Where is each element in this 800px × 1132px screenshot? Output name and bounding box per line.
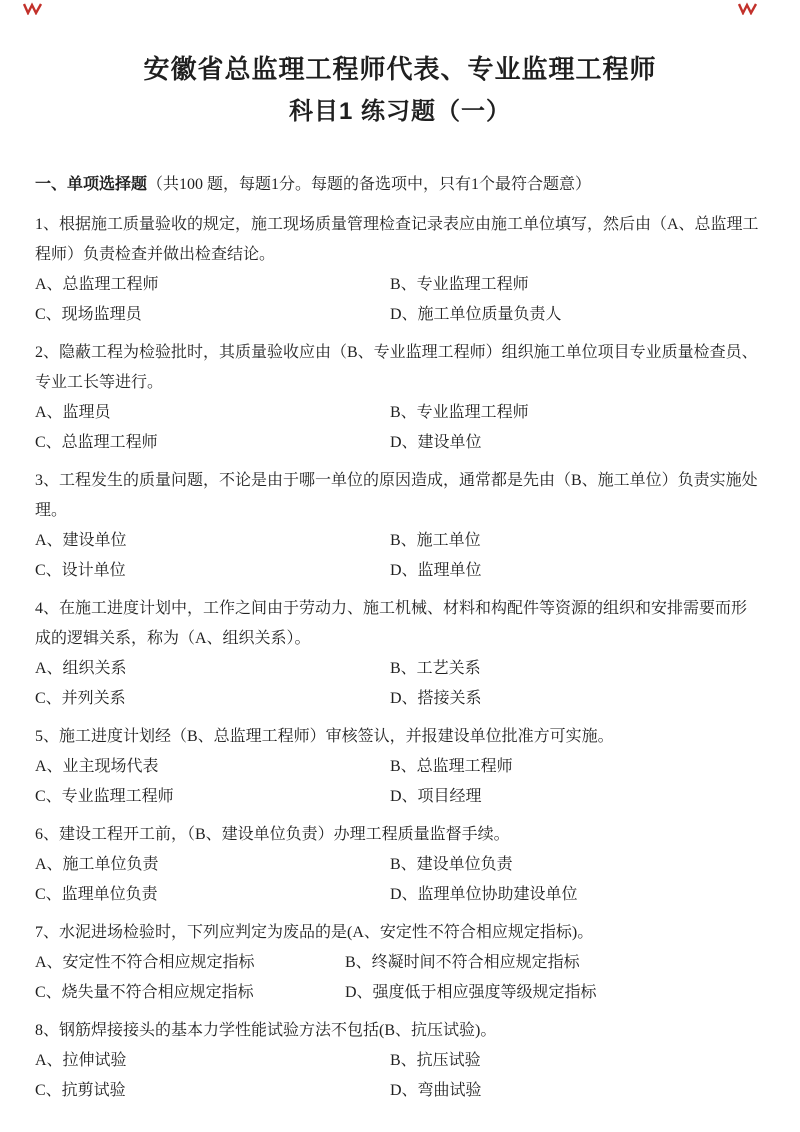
question-5-stem-line-1: 5、施工进度计划经（B、总监理工程师）审核签认，并报建设单位批准方可实施。 bbox=[35, 722, 765, 752]
question-8-options: A、拉伸试验 B、抗压试验 C、抗剪试验 D、弯曲试验 bbox=[35, 1046, 765, 1106]
question-2-stem-line-2: 专业工长等进行。 bbox=[35, 368, 765, 398]
option-c: C、总监理工程师 bbox=[35, 428, 390, 458]
question-6: 6、建设工程开工前，（B、建设单位负责）办理工程质量监督手续。 A、施工单位负责… bbox=[35, 820, 765, 910]
question-1-stem-line-1: 1、根据施工质量验收的规定，施工现场质量管理检查记录表应由施工单位填写，然后由（… bbox=[35, 210, 765, 240]
section-note: （共100 题，每题1分。每题的备选项中，只有1个最符合题意） bbox=[147, 176, 591, 193]
option-d: D、建设单位 bbox=[390, 428, 765, 458]
question-2-stem-line-1: 2、隐蔽工程为检验批时，其质量验收应由（B、专业监理工程师）组织施工单位项目专业… bbox=[35, 338, 765, 368]
option-d: D、项目经理 bbox=[390, 782, 765, 812]
option-a: A、建设单位 bbox=[35, 526, 390, 556]
option-a: A、总监理工程师 bbox=[35, 270, 390, 300]
question-7: 7、水泥进场检验时，下列应判定为废品的是(A、安定性不符合相应规定指标)。 A、… bbox=[35, 918, 765, 1008]
option-b: B、专业监理工程师 bbox=[390, 270, 765, 300]
option-b: B、工艺关系 bbox=[390, 654, 765, 684]
option-b: B、建设单位负责 bbox=[390, 850, 765, 880]
question-6-options: A、施工单位负责 B、建设单位负责 C、监理单位负责 D、监理单位协助建设单位 bbox=[35, 850, 765, 910]
question-3-stem-line-2: 理。 bbox=[35, 496, 765, 526]
question-7-stem-line-1: 7、水泥进场检验时，下列应判定为废品的是(A、安定性不符合相应规定指标)。 bbox=[35, 918, 765, 948]
option-d: D、搭接关系 bbox=[390, 684, 765, 714]
red-corner-mark-left bbox=[23, 2, 43, 15]
option-d: D、监理单位 bbox=[390, 556, 765, 586]
question-1-stem-line-2: 程师）负责检查并做出检查结论。 bbox=[35, 240, 765, 270]
question-4-options: A、组织关系 B、工艺关系 C、并列关系 D、搭接关系 bbox=[35, 654, 765, 714]
option-b: B、专业监理工程师 bbox=[390, 398, 765, 428]
question-1: 1、根据施工质量验收的规定，施工现场质量管理检查记录表应由施工单位填写，然后由（… bbox=[35, 210, 765, 330]
option-d: D、监理单位协助建设单位 bbox=[390, 880, 765, 910]
option-b: B、抗压试验 bbox=[390, 1046, 765, 1076]
option-a: A、组织关系 bbox=[35, 654, 390, 684]
question-8-stem-line-1: 8、钢筋焊接接头的基本力学性能试验方法不包括(B、抗压试验)。 bbox=[35, 1016, 765, 1046]
option-c: C、烧失量不符合相应规定指标 bbox=[35, 978, 345, 1008]
question-8: 8、钢筋焊接接头的基本力学性能试验方法不包括(B、抗压试验)。 A、拉伸试验 B… bbox=[35, 1016, 765, 1106]
option-c: C、专业监理工程师 bbox=[35, 782, 390, 812]
document-title: 安徽省总监理工程师代表、专业监理工程师 科目1 练习题（一） bbox=[35, 0, 765, 128]
question-3-stem-line-1: 3、工程发生的质量问题，不论是由于哪一单位的原因造成，通常都是先由（B、施工单位… bbox=[35, 466, 765, 496]
title-line-1: 安徽省总监理工程师代表、专业监理工程师 bbox=[35, 52, 765, 86]
option-a: A、安定性不符合相应规定指标 bbox=[35, 948, 345, 978]
option-c: C、监理单位负责 bbox=[35, 880, 390, 910]
option-c: C、设计单位 bbox=[35, 556, 390, 586]
question-5: 5、施工进度计划经（B、总监理工程师）审核签认，并报建设单位批准方可实施。 A、… bbox=[35, 722, 765, 812]
option-a: A、业主现场代表 bbox=[35, 752, 390, 782]
option-d: D、强度低于相应强度等级规定指标 bbox=[345, 978, 765, 1008]
section-header: 一、单项选择题（共100 题，每题1分。每题的备选项中，只有1个最符合题意） bbox=[35, 174, 765, 196]
option-a: A、监理员 bbox=[35, 398, 390, 428]
option-c: C、并列关系 bbox=[35, 684, 390, 714]
option-b: B、终凝时间不符合相应规定指标 bbox=[345, 948, 765, 978]
question-4-stem-line-2: 成的逻辑关系，称为（A、组织关系）。 bbox=[35, 624, 765, 654]
question-7-options: A、安定性不符合相应规定指标 B、终凝时间不符合相应规定指标 C、烧失量不符合相… bbox=[35, 948, 765, 1008]
option-c: C、现场监理员 bbox=[35, 300, 390, 330]
option-a: A、施工单位负责 bbox=[35, 850, 390, 880]
document-page: 安徽省总监理工程师代表、专业监理工程师 科目1 练习题（一） 一、单项选择题（共… bbox=[0, 0, 800, 1132]
option-d: D、弯曲试验 bbox=[390, 1076, 765, 1106]
question-2-options: A、监理员 B、专业监理工程师 C、总监理工程师 D、建设单位 bbox=[35, 398, 765, 458]
question-4: 4、在施工进度计划中，工作之间由于劳动力、施工机械、材料和构配件等资源的组织和安… bbox=[35, 594, 765, 714]
option-b: B、施工单位 bbox=[390, 526, 765, 556]
question-4-stem-line-1: 4、在施工进度计划中，工作之间由于劳动力、施工机械、材料和构配件等资源的组织和安… bbox=[35, 594, 765, 624]
red-mark-glyph bbox=[739, 4, 756, 13]
red-mark-glyph bbox=[24, 4, 41, 13]
section-heading: 一、单项选择题 bbox=[35, 176, 147, 193]
option-a: A、拉伸试验 bbox=[35, 1046, 390, 1076]
question-3-options: A、建设单位 B、施工单位 C、设计单位 D、监理单位 bbox=[35, 526, 765, 586]
question-5-options: A、业主现场代表 B、总监理工程师 C、专业监理工程师 D、项目经理 bbox=[35, 752, 765, 812]
question-1-options: A、总监理工程师 B、专业监理工程师 C、现场监理员 D、施工单位质量负责人 bbox=[35, 270, 765, 330]
option-c: C、抗剪试验 bbox=[35, 1076, 390, 1106]
question-6-stem-line-1: 6、建设工程开工前，（B、建设单位负责）办理工程质量监督手续。 bbox=[35, 820, 765, 850]
question-3: 3、工程发生的质量问题，不论是由于哪一单位的原因造成，通常都是先由（B、施工单位… bbox=[35, 466, 765, 586]
question-list: 1、根据施工质量验收的规定，施工现场质量管理检查记录表应由施工单位填写，然后由（… bbox=[35, 210, 765, 1106]
option-b: B、总监理工程师 bbox=[390, 752, 765, 782]
red-corner-mark-right bbox=[738, 2, 758, 15]
option-d: D、施工单位质量负责人 bbox=[390, 300, 765, 330]
title-line-2: 科目1 练习题（一） bbox=[35, 96, 765, 128]
question-2: 2、隐蔽工程为检验批时，其质量验收应由（B、专业监理工程师）组织施工单位项目专业… bbox=[35, 338, 765, 458]
